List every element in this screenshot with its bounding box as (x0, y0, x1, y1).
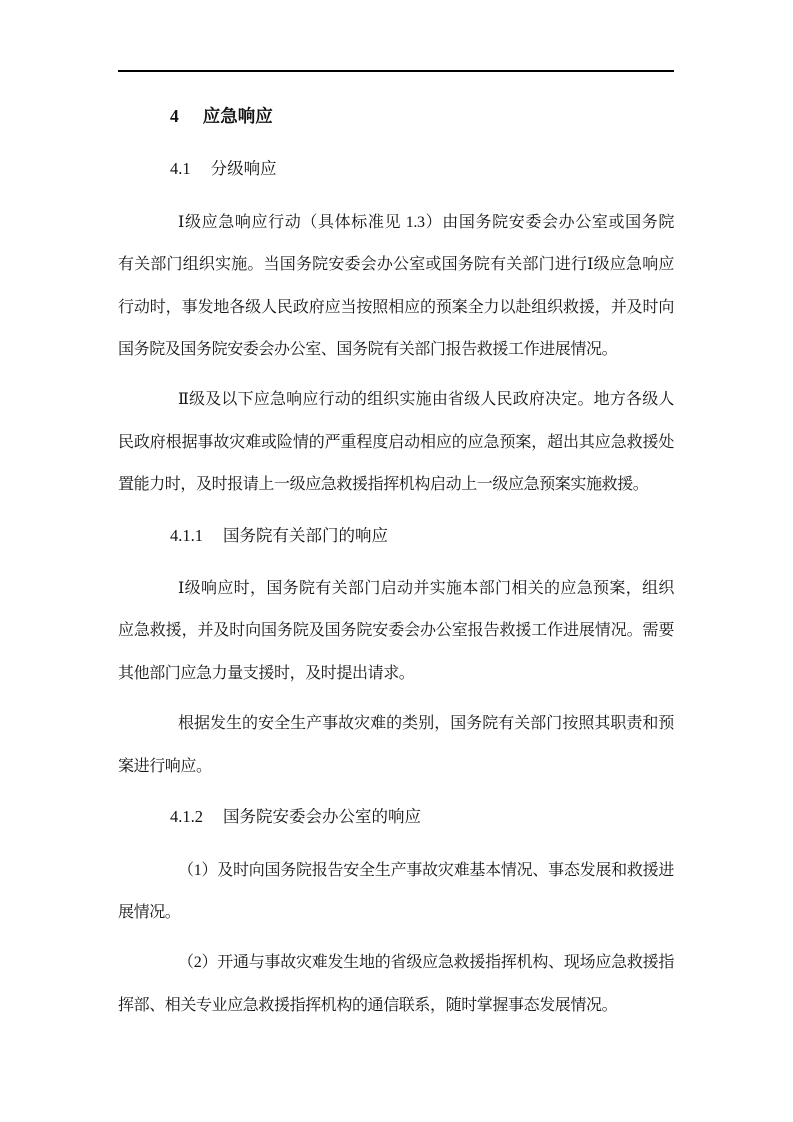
paragraph-line: Ⅰ级响应时，国务院有关部门启动并实施本部门相关的应急预案，组织 (118, 568, 674, 610)
paragraph-line: 其他部门应急力量支援时，及时提出请求。 (118, 653, 674, 695)
paragraph-line: 国务院及国务院安委会办公室、国务院有关部门报告救援工作进展情况。 (118, 329, 674, 371)
section-title: 国务院安委会办公室的响应 (223, 807, 421, 826)
section-title: 应急响应 (203, 106, 273, 126)
document-page: 4应急响应4.1分级响应Ⅰ级应急响应行动（具体标准见 1.3）由国务院安委会办公… (0, 0, 793, 1122)
paragraph: （1）及时向国务院报告安全生产事故灾难基本情况、事态发展和救援进展情况。 (118, 850, 674, 935)
section-title: 国务院有关部门的响应 (223, 526, 388, 545)
section-title: 分级响应 (211, 159, 277, 178)
section-number: 4.1.2 (170, 796, 203, 838)
paragraph: Ⅰ级应急响应行动（具体标准见 1.3）由国务院安委会办公室或国务院有关部门组织实… (118, 202, 674, 372)
paragraph: 根据发生的安全生产事故灾难的类别，国务院有关部门按照其职责和预案进行响应。 (118, 703, 674, 788)
paragraph-line: 案进行响应。 (118, 746, 674, 788)
top-rule (118, 70, 674, 72)
section-heading: 4.1.2国务院安委会办公室的响应 (118, 796, 674, 838)
paragraph-line: 应急救援，并及时向国务院及国务院安委会办公室报告救援工作进展情况。需要 (118, 610, 674, 652)
paragraph-line: 行动时，事发地各级人民政府应当按照相应的预案全力以赴组织救援，并及时向 (118, 287, 674, 329)
paragraph-line: 展情况。 (118, 892, 674, 934)
section-heading: 4.1.1国务院有关部门的响应 (118, 515, 674, 557)
paragraph: Ⅰ级响应时，国务院有关部门启动并实施本部门相关的应急预案，组织应急救援，并及时向… (118, 568, 674, 695)
paragraph-line: 置能力时，及时报请上一级应急救援指挥机构启动上一级应急预案实施救援。 (118, 464, 674, 506)
paragraph-line: 有关部门组织实施。当国务院安委会办公室或国务院有关部门进行Ⅰ级应急响应 (118, 244, 674, 286)
document-content: 4应急响应4.1分级响应Ⅰ级应急响应行动（具体标准见 1.3）由国务院安委会办公… (118, 70, 674, 1035)
paragraph-line: Ⅱ级及以下应急响应行动的组织实施由省级人民政府决定。地方各级人 (118, 379, 674, 421)
paragraph-line: Ⅰ级应急响应行动（具体标准见 1.3）由国务院安委会办公室或国务院 (118, 202, 674, 244)
document-body: 4应急响应4.1分级响应Ⅰ级应急响应行动（具体标准见 1.3）由国务院安委会办公… (118, 95, 674, 1027)
section-number: 4 (170, 95, 179, 137)
section-number: 4.1 (170, 148, 191, 190)
paragraph-line: 挥部、相关专业应急救援指挥机构的通信联系，随时掌握事态发展情况。 (118, 985, 674, 1027)
paragraph-line: 根据发生的安全生产事故灾难的类别，国务院有关部门按照其职责和预 (118, 703, 674, 745)
paragraph: Ⅱ级及以下应急响应行动的组织实施由省级人民政府决定。地方各级人民政府根据事故灾难… (118, 379, 674, 506)
paragraph: （2）开通与事故灾难发生地的省级应急救援指挥机构、现场应急救援指挥部、相关专业应… (118, 942, 674, 1027)
section-heading: 4应急响应 (118, 95, 674, 137)
paragraph-line: 民政府根据事故灾难或险情的严重程度启动相应的应急预案，超出其应急救援处 (118, 422, 674, 464)
section-number: 4.1.1 (170, 515, 203, 557)
paragraph-line: （2）开通与事故灾难发生地的省级应急救援指挥机构、现场应急救援指 (118, 942, 674, 984)
section-heading: 4.1分级响应 (118, 148, 674, 190)
paragraph-line: （1）及时向国务院报告安全生产事故灾难基本情况、事态发展和救援进 (118, 850, 674, 892)
